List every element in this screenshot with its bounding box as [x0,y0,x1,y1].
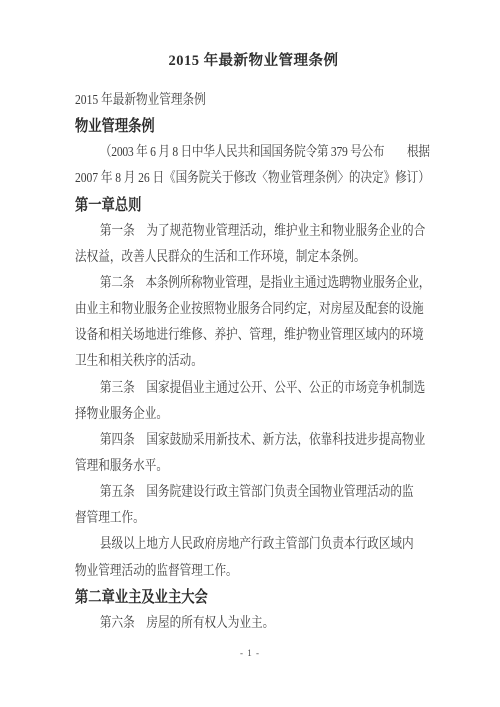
document-text-line: 由业主和物业服务企业按照物业服务合同约定，对房屋及配套的设施 [75,297,430,323]
document-body: 2015 年最新物业管理条例物业管理条例（2003 年 6 月 8 日中华人民共… [75,88,430,637]
document-text-line: 第三条 国家提倡业主通过公开、公平、公正的市场竞争机制选 [75,376,430,402]
document-text-line: 择物业服务企业。 [75,402,430,428]
document-text-line: 设备和相关场地进行维修、养护、管理，维护物业管理区域内的环境 [75,323,430,349]
section-heading: 物业管理条例 [75,114,430,140]
document-title: 2015 年最新物业管理条例 [75,50,432,72]
document-text-line: 管理和服务水平。 [75,454,430,480]
document-text-line: （2003 年 6 月 8 日中华人民共和国国务院令第 379 号公布 根据 [75,140,430,166]
document-text-line: 第二条 本条例所称物业管理，是指业主通过选聘物业服务企业， [75,271,430,297]
document-text-line: 2015 年最新物业管理条例 [75,88,430,114]
document-page: 2015 年最新物业管理条例 2015 年最新物业管理条例物业管理条例（2003… [0,0,500,707]
document-text-line: 第五条 国务院建设行政主管部门负责全国物业管理活动的监 [75,480,430,506]
document-text-line: 物业管理活动的监督管理工作。 [75,559,430,585]
document-text-line: 县级以上地方人民政府房地产行政主管部门负责本行政区域内 [75,532,430,558]
document-text-line: 法权益，改善人民群众的生活和工作环境，制定本条例。 [75,245,430,271]
document-text-line: 督管理工作。 [75,506,430,532]
document-text-line: 第一条 为了规范物业管理活动，维护业主和物业服务企业的合 [75,219,430,245]
document-text-line: 2007 年 8 月 26 日《国务院关于修改〈物业管理条例〉的决定》修订） [75,166,430,192]
page-number: - 1 - [0,646,500,660]
section-heading: 第一章总则 [75,193,430,219]
section-heading: 第二章业主及业主大会 [75,585,430,611]
document-text-line: 第六条 房屋的所有权人为业主。 [75,611,430,637]
document-text-line: 卫生和相关秩序的活动。 [75,349,430,375]
document-text-line: 第四条 国家鼓励采用新技术、新方法，依靠科技进步提高物业 [75,428,430,454]
